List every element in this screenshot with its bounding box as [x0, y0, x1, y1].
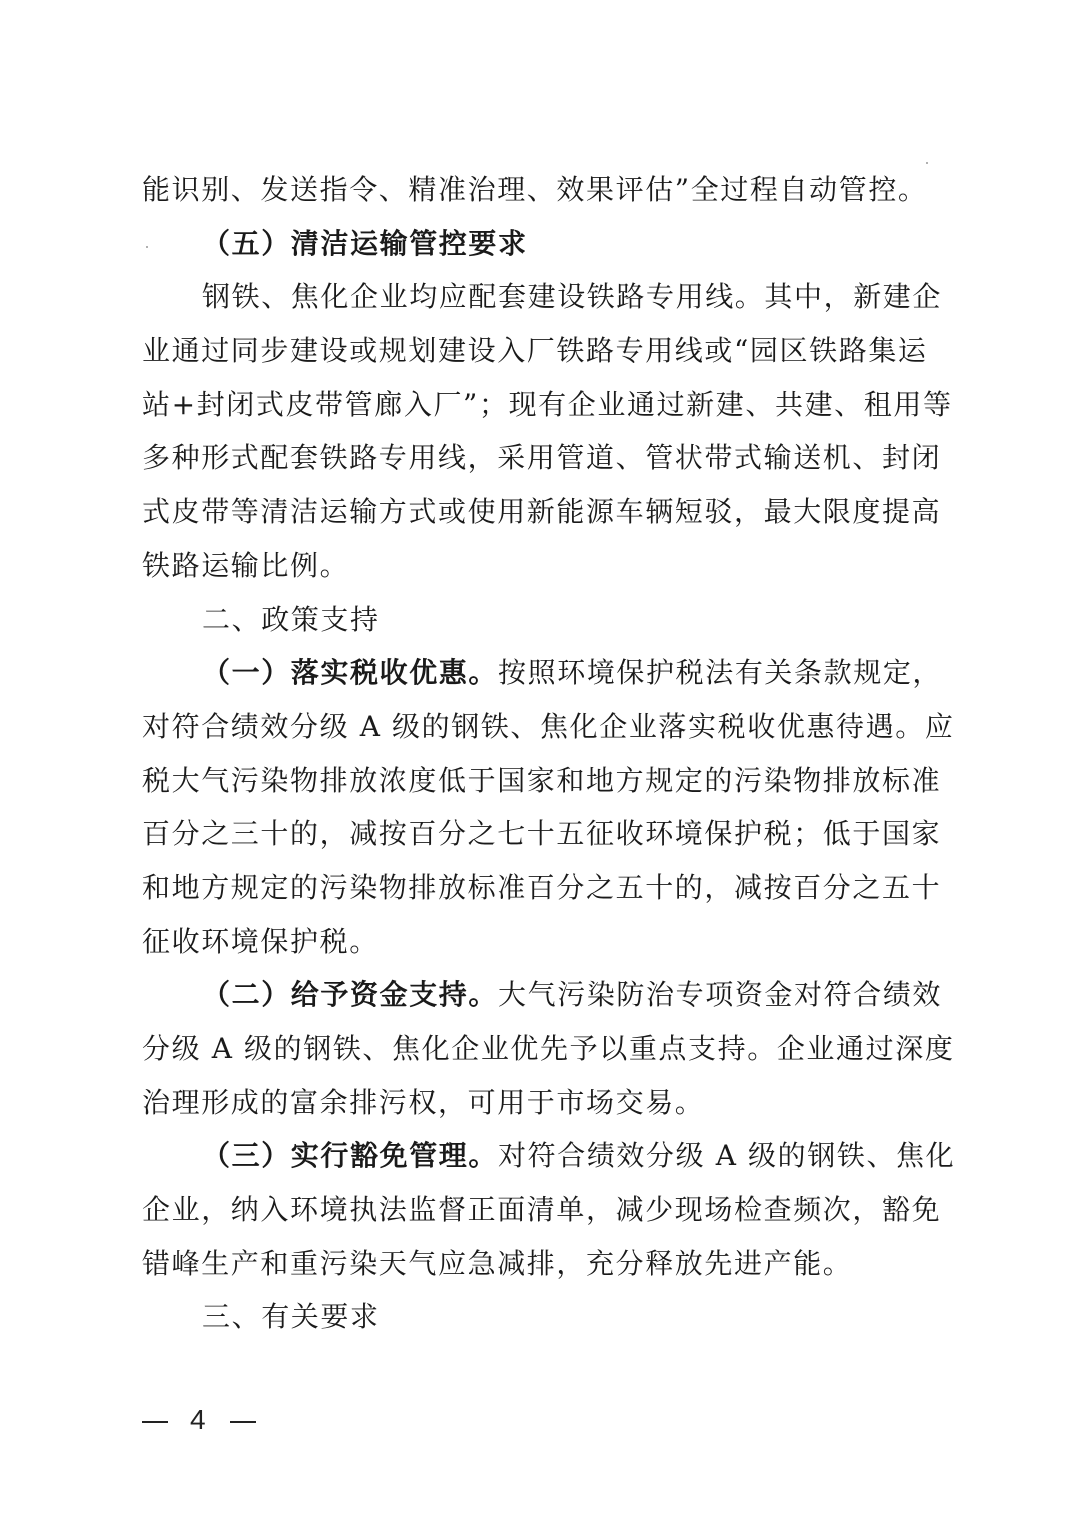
text-line: 铁路运输比例。: [142, 539, 932, 593]
body-text: 业通过同步建设或规划建设入厂铁路专用线或“园区铁路集运: [142, 334, 928, 367]
text-line: 式皮带等清洁运输方式或使用新能源车辆短驳，最大限度提高: [142, 485, 932, 539]
text-line: 治理形成的富余排污权，可用于市场交易。: [142, 1076, 932, 1130]
text-line: 企业，纳入环境执法监督正面清单，减少现场检查频次，豁免: [142, 1183, 932, 1237]
bold-heading-text: （五）清洁运输管控要求: [202, 227, 528, 260]
body-text: 错峰生产和重污染天气应急减排，充分释放先进产能。: [142, 1247, 852, 1280]
section-heading: 三、有关要求: [202, 1300, 380, 1333]
body-text: 百分之三十的，减按百分之七十五征收环境保护税；低于国家: [142, 817, 941, 850]
text-line: （三）实行豁免管理。对符合绩效分级 A 级的钢铁、焦化: [142, 1129, 932, 1183]
text-line: 业通过同步建设或规划建设入厂铁路专用线或“园区铁路集运: [142, 324, 932, 378]
text-line: 三、有关要求: [142, 1290, 932, 1344]
text-line: 征收环境保护税。: [142, 915, 932, 969]
text-line: 能识别、发送指令、精准治理、效果评估”全过程自动管控。: [142, 163, 932, 217]
body-text: 多种形式配套铁路专用线，采用管道、管状带式输送机、封闭: [142, 441, 941, 474]
body-text: 能识别、发送指令、精准治理、效果评估”全过程自动管控。: [142, 173, 928, 206]
bold-heading-text: （二）给予资金支持。: [202, 978, 498, 1011]
body-text: 按照环境保护税法有关条款规定，: [498, 656, 942, 689]
bold-heading-text: （一）落实税收优惠。: [202, 656, 498, 689]
body-text: 铁路运输比例。: [142, 549, 349, 582]
page-footer: 4: [142, 1404, 256, 1436]
section-heading: 二、政策支持: [202, 603, 380, 636]
text-line: 多种形式配套铁路专用线，采用管道、管状带式输送机、封闭: [142, 431, 932, 485]
text-line: （五）清洁运输管控要求: [142, 217, 932, 271]
body-text: 对符合绩效分级 A 级的钢铁、焦化: [498, 1139, 955, 1172]
scan-speck: [926, 162, 928, 164]
document-page: 能识别、发送指令、精准治理、效果评估”全过程自动管控。（五）清洁运输管控要求钢铁…: [142, 163, 932, 1344]
page-number: 4: [190, 1404, 208, 1436]
dash-right: [230, 1421, 256, 1423]
body-text: 分级 A 级的钢铁、焦化企业优先予以重点支持。企业通过深度: [142, 1032, 954, 1065]
bold-heading-text: （三）实行豁免管理。: [202, 1139, 498, 1172]
body-text: 站+封闭式皮带管廊入厂”；现有企业通过新建、共建、租用等: [142, 388, 953, 421]
scan-speck: [146, 246, 148, 248]
body-text: 大气污染防治专项资金对符合绩效: [498, 978, 942, 1011]
text-line: 分级 A 级的钢铁、焦化企业优先予以重点支持。企业通过深度: [142, 1022, 932, 1076]
body-text: 治理形成的富余排污权，可用于市场交易。: [142, 1086, 704, 1119]
body-text: 征收环境保护税。: [142, 925, 379, 958]
body-text: 式皮带等清洁运输方式或使用新能源车辆短驳，最大限度提高: [142, 495, 941, 528]
text-line: 对符合绩效分级 A 级的钢铁、焦化企业落实税收优惠待遇。应: [142, 700, 932, 754]
body-text: 对符合绩效分级 A 级的钢铁、焦化企业落实税收优惠待遇。应: [142, 710, 954, 743]
text-line: 和地方规定的污染物排放标准百分之五十的，减按百分之五十: [142, 861, 932, 915]
text-line: （二）给予资金支持。大气污染防治专项资金对符合绩效: [142, 968, 932, 1022]
text-line: 二、政策支持: [142, 593, 932, 647]
text-line: （一）落实税收优惠。按照环境保护税法有关条款规定，: [142, 646, 932, 700]
text-line: 百分之三十的，减按百分之七十五征收环境保护税；低于国家: [142, 807, 932, 861]
text-line: 错峰生产和重污染天气应急减排，充分释放先进产能。: [142, 1237, 932, 1291]
text-line: 税大气污染物排放浓度低于国家和地方规定的污染物排放标准: [142, 754, 932, 808]
body-text: 和地方规定的污染物排放标准百分之五十的，减按百分之五十: [142, 871, 941, 904]
body-text: 钢铁、焦化企业均应配套建设铁路专用线。其中，新建企: [202, 280, 942, 313]
body-text: 税大气污染物排放浓度低于国家和地方规定的污染物排放标准: [142, 764, 941, 797]
text-line: 钢铁、焦化企业均应配套建设铁路专用线。其中，新建企: [142, 270, 932, 324]
dash-left: [142, 1421, 168, 1423]
text-line: 站+封闭式皮带管廊入厂”；现有企业通过新建、共建、租用等: [142, 378, 932, 432]
body-text: 企业，纳入环境执法监督正面清单，减少现场检查频次，豁免: [142, 1193, 941, 1226]
